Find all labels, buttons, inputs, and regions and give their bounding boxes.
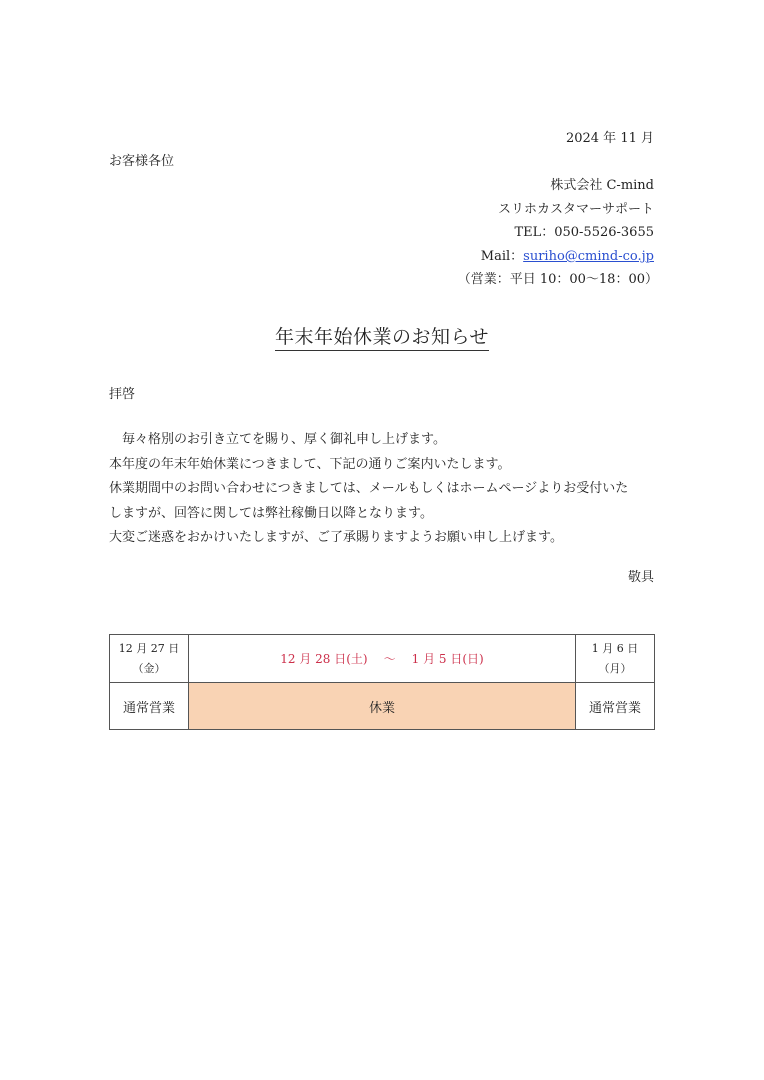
- mail-label: Mail：: [481, 249, 523, 264]
- status-row: 通常営業 休業 通常営業: [110, 683, 655, 730]
- mail-link[interactable]: suriho@cmind-co.jp: [523, 249, 654, 264]
- before-status: 通常営業: [110, 683, 189, 730]
- page-title: 年末年始休業のお知らせ: [0, 322, 764, 349]
- after-weekday: （月）: [576, 659, 654, 679]
- after-date-cell: 1 月 6 日 （月）: [576, 635, 655, 683]
- closing: 敬具: [628, 566, 654, 590]
- department-name: スリホカスタマーサポート: [498, 198, 654, 222]
- holiday-start: 12 月 28 日(土): [280, 652, 367, 666]
- holiday-end: 1 月 5 日(日): [412, 652, 484, 666]
- salutation: 拝啓: [109, 383, 135, 407]
- body-line: 毎々格別のお引き立てを賜り、厚く御礼申し上げます。: [109, 428, 628, 453]
- after-date: 1 月 6 日: [576, 639, 654, 659]
- body-line: しますが、回答に関しては弊社稼働日以降となります。: [109, 502, 628, 527]
- mail-line: Mail：suriho@cmind-co.jp: [481, 245, 654, 269]
- document-date: 2024 年 11 月: [566, 127, 654, 151]
- date-row: 12 月 27 日 （金） 12 月 28 日(土)〜1 月 5 日(日) 1 …: [110, 635, 655, 683]
- company-name: 株式会社 C-mind: [550, 174, 654, 198]
- recipient: お客様各位: [109, 150, 174, 174]
- body-line: 本年度の年末年始休業につきまして、下記の通りご案内いたします。: [109, 453, 628, 478]
- holiday-separator: 〜: [384, 652, 396, 666]
- before-weekday: （金）: [110, 659, 188, 679]
- page-title-text: 年末年始休業のお知らせ: [275, 326, 489, 351]
- holiday-range-cell: 12 月 28 日(土)〜1 月 5 日(日): [189, 635, 576, 683]
- before-date-cell: 12 月 27 日 （金）: [110, 635, 189, 683]
- business-hours: （営業：平日 10：00〜18：00）: [458, 268, 658, 292]
- holiday-status: 休業: [189, 683, 576, 730]
- after-status: 通常営業: [576, 683, 655, 730]
- body-paragraph: 毎々格別のお引き立てを賜り、厚く御礼申し上げます。 本年度の年末年始休業につきま…: [109, 428, 628, 551]
- phone-number: TEL：050-5526-3655: [514, 221, 654, 245]
- schedule-table: 12 月 27 日 （金） 12 月 28 日(土)〜1 月 5 日(日) 1 …: [109, 634, 655, 730]
- body-line: 休業期間中のお問い合わせにつきましては、メールもしくはホームページよりお受付いた: [109, 477, 628, 502]
- before-date: 12 月 27 日: [110, 639, 188, 659]
- body-line: 大変ご迷惑をおかけいたしますが、ご了承賜りますようお願い申し上げます。: [109, 526, 628, 551]
